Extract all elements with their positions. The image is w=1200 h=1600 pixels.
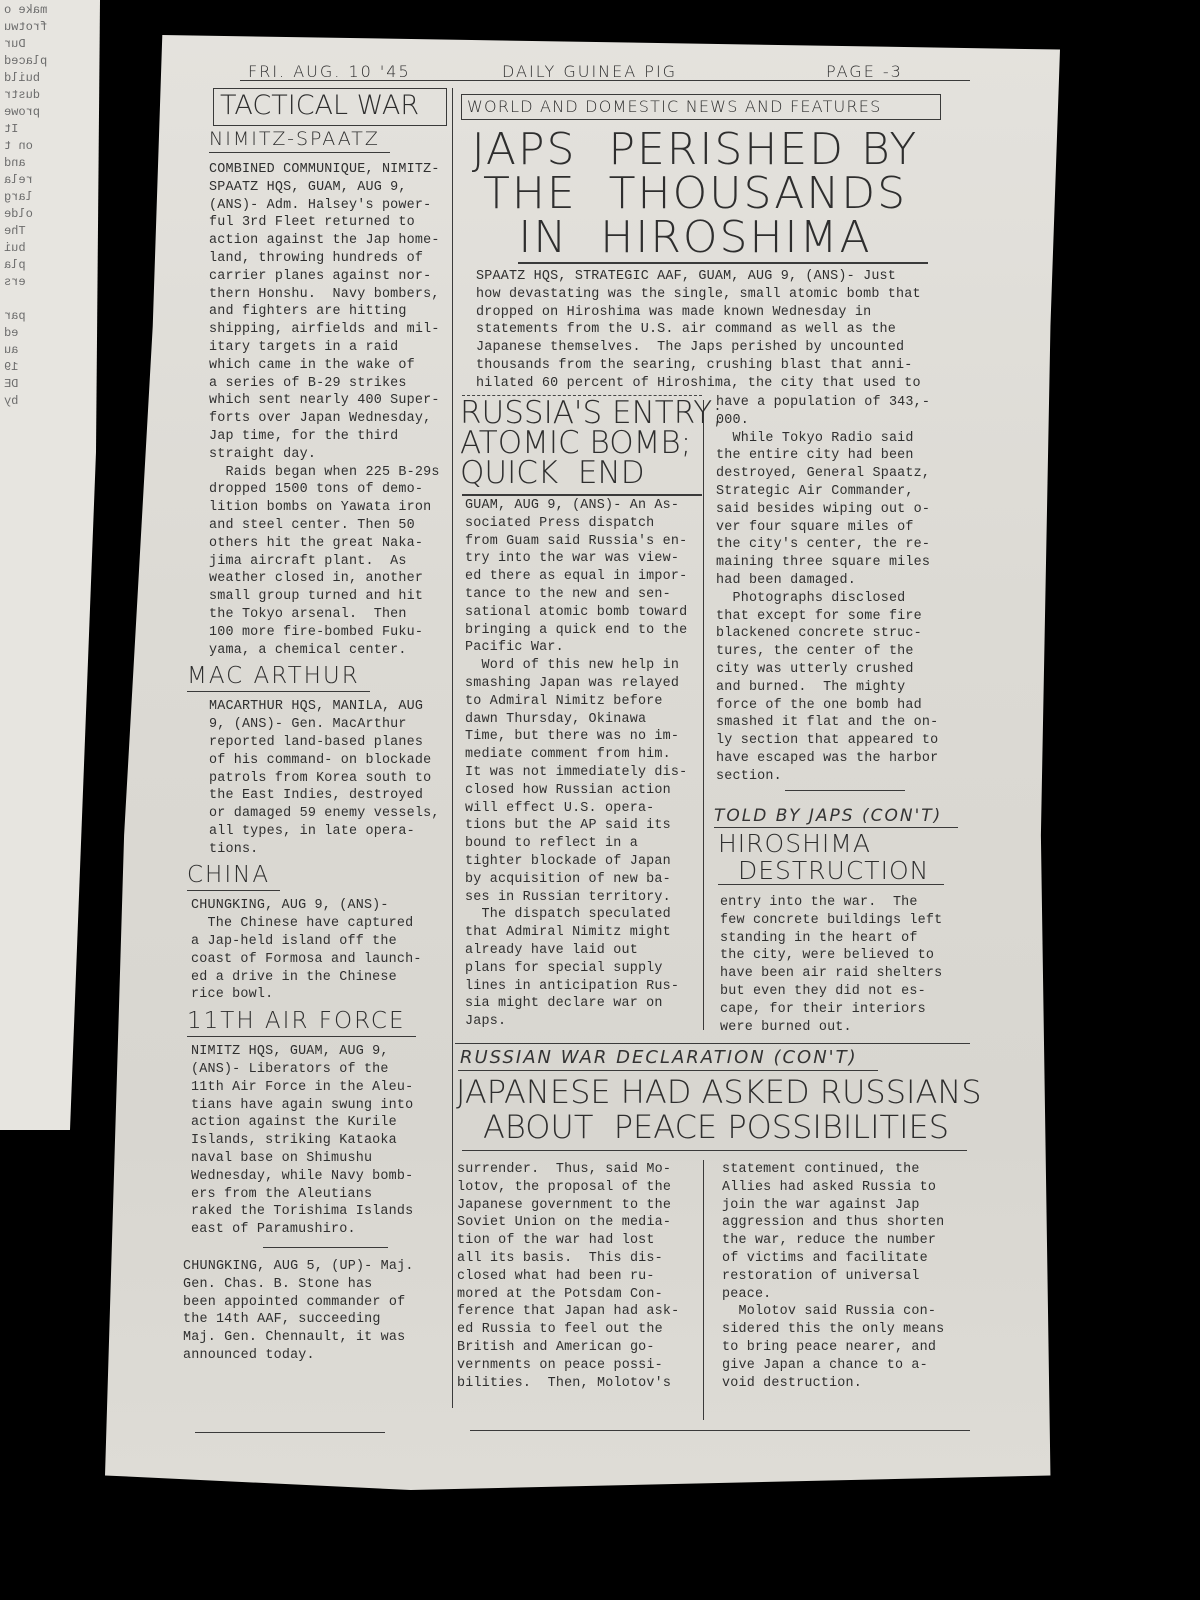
declaration-left-column: surrender. Thus, said Mo-lotov, the prop… (457, 1161, 679, 1392)
headline-line: JAPS PERISHED BY (460, 128, 930, 172)
text-line: ver four square miles of (716, 519, 938, 537)
text-line: 11th Air Force in the Aleu- (191, 1079, 448, 1097)
text-line: ed there as equal in impor- (465, 568, 687, 586)
text-line: cape, for their interiors (720, 1001, 942, 1019)
text-line: It was not immediately dis- (465, 764, 687, 782)
text-line: Allies had asked Russia to (722, 1179, 944, 1197)
masthead-date: FRI. AUG. 10 '45 (248, 62, 411, 81)
text-line: sidered this the only means (722, 1321, 944, 1339)
hiroshima-destruction-story: entry into the war. Thefew concrete buil… (720, 894, 942, 1036)
text-line: smashing Japan was relayed (465, 675, 687, 693)
text-line: entry into the war. The (720, 894, 942, 912)
story-heading: CHINA (187, 860, 280, 891)
text-line: ed a drive in the Chinese (191, 969, 448, 987)
text-line: announced today. (183, 1347, 448, 1365)
story: CHUNGKING, AUG 5, (UP)- Maj.Gen. Chas. B… (183, 1247, 448, 1365)
text-line: had been damaged. (716, 572, 938, 590)
text-line: 000. (716, 412, 938, 430)
masthead-paper-name: DAILY GUINEA PIG (502, 62, 677, 81)
text-line: and burned. The mighty (716, 679, 938, 697)
lead-story-continued: have a population of 343,-000. While Tok… (716, 394, 938, 786)
text-line: of his command- on blockade (209, 752, 448, 770)
text-line: COMBINED COMMUNIQUE, NIMITZ- (209, 161, 448, 179)
text-line: the city's center, the re- (716, 536, 938, 554)
text-line: raked the Torishima Islands (191, 1203, 448, 1221)
text-line: CHUNGKING, AUG 9, (ANS)- (191, 897, 448, 915)
text-line: tance to the new and sen- (465, 586, 687, 604)
text-line: force of the one bomb had (716, 697, 938, 715)
declaration-headline-rule (462, 1150, 967, 1151)
text-line: a series of B-29 strikes (209, 375, 448, 393)
section-title-tactical-war: TACTICAL WAR (220, 90, 419, 121)
text-line: rice bowl. (191, 986, 448, 1004)
bottom-rule (470, 1430, 970, 1431)
text-line: the 14th AAF, succeeding (183, 1311, 448, 1329)
text-line: bringing a quick end to the (465, 622, 687, 640)
text-line: statements from the U.S. air command as … (476, 321, 921, 339)
text-line: the entire city had been (716, 447, 938, 465)
text-line: Japanese government to the (457, 1197, 679, 1215)
text-line: tions. (209, 841, 448, 859)
text-line: give Japan a chance to a- (722, 1357, 944, 1375)
text-line: The dispatch speculated (465, 906, 687, 924)
text-line: closed how Russian action (465, 782, 687, 800)
text-line: ses in Russian territory. (465, 889, 687, 907)
text-line: dropped on Hiroshima was made known Wedn… (476, 304, 921, 322)
text-line: maining three square miles (716, 554, 938, 572)
text-line: ers from the Aleutians (191, 1186, 448, 1204)
text-line: a Jap-held island off the (191, 933, 448, 951)
text-line: Soviet Union on the media- (457, 1214, 679, 1232)
text-line: Raids began when 225 B-29s (209, 464, 448, 482)
text-line: city was utterly crushed (716, 661, 938, 679)
text-line: (ANS)- Liberators of the (191, 1061, 448, 1079)
text-line: all types, in late opera- (209, 823, 448, 841)
headline-line: DESTRUCTION (718, 857, 929, 884)
text-line: reported land-based planes (209, 734, 448, 752)
text-line: standing in the heart of (720, 930, 942, 948)
text-line: lotov, the proposal of the (457, 1179, 679, 1197)
text-line: restoration of universal (722, 1268, 944, 1286)
text-line: Strategic Air Commander, (716, 483, 938, 501)
text-line: tures, the center of the (716, 643, 938, 661)
mirrored-text: make o frotwu Dur placed build dustr pro… (0, 0, 100, 412)
text-line: tians have again swung into (191, 1097, 448, 1115)
text-line: and steel center. Then 50 (209, 517, 448, 535)
text-line: but even they did not es- (720, 983, 942, 1001)
text-line: have been air raid shelters (720, 965, 942, 983)
hiroshima-destruction-headline: HIROSHIMADESTRUCTION (718, 830, 929, 884)
text-line: MACARTHUR HQS, MANILA, AUG (209, 698, 448, 716)
text-line: Pacific War. (465, 639, 687, 657)
lead-headline: JAPS PERISHED BYTHE THOUSANDSIN HIROSHIM… (460, 128, 930, 260)
text-line: forts over Japan Wednesday, (209, 410, 448, 428)
text-line: and fighters are hitting (209, 303, 448, 321)
text-line: or damaged 59 enemy vessels, (209, 805, 448, 823)
masthead-page-number: PAGE -3 (826, 62, 903, 81)
russian-kicker-rule (458, 1070, 878, 1071)
text-line: of victims and facilitate (722, 1250, 944, 1268)
text-line: have escaped was the harbor (716, 750, 938, 768)
text-line: lition bombs on Yawata iron (209, 499, 448, 517)
text-line: ference that Japan had ask- (457, 1303, 679, 1321)
text-line: itary targets in a raid (209, 339, 448, 357)
text-line: action against the Jap home- (209, 232, 448, 250)
declaration-right-column: statement continued, theAllies had asked… (722, 1161, 944, 1392)
story-heading: MAC ARTHUR (187, 661, 370, 692)
text-line: small group turned and hit (209, 588, 448, 606)
text-line: plans for special supply (465, 960, 687, 978)
text-line: peace. (722, 1286, 944, 1304)
hiroshima-kicker: TOLD BY JAPS (CON'T) (714, 806, 942, 826)
text-line: from Guam said Russia's en- (465, 533, 687, 551)
text-line: been appointed commander of (183, 1294, 448, 1312)
left-bottom-rule (195, 1432, 385, 1433)
headline-line: ATOMIC BOMB; (460, 428, 723, 458)
text-line: few concrete buildings left (720, 912, 942, 930)
hiroshima-headline-rule (718, 884, 944, 885)
text-line: bilities. Then, Molotov's (457, 1375, 679, 1393)
text-line: SPAATZ HQS, GUAM, AUG 9, (209, 179, 448, 197)
text-line: Photographs disclosed (716, 590, 938, 608)
text-line: the war, reduce the number (722, 1232, 944, 1250)
story: 11TH AIR FORCENIMITZ HQS, GUAM, AUG 9,(A… (183, 1006, 448, 1239)
text-line: sational atomic bomb toward (465, 604, 687, 622)
text-line: action against the Kurile (191, 1114, 448, 1132)
text-line: were burned out. (720, 1019, 942, 1037)
text-line: thern Honshu. Navy bombers, (209, 286, 448, 304)
text-line: bound to reflect in a (465, 835, 687, 853)
text-line: the East Indies, destroyed (209, 787, 448, 805)
headline-line: JAPANESE HAD ASKED RUSSIANS (456, 1075, 976, 1110)
column-divider-2 (703, 400, 704, 1030)
text-line: shipping, airfields and mil- (209, 321, 448, 339)
text-line: join the war against Jap (722, 1197, 944, 1215)
text-line: Maj. Gen. Chennault, it was (183, 1329, 448, 1347)
text-line: 9, (ANS)- Gen. MacArthur (209, 716, 448, 734)
text-line: patrols from Korea south to (209, 770, 448, 788)
lead-story-intro: SPAATZ HQS, STRATEGIC AAF, GUAM, AUG 9, … (476, 268, 921, 393)
text-line: closed what had been ru- (457, 1268, 679, 1286)
text-line: the city, were believed to (720, 947, 942, 965)
russia-headline-rule (462, 494, 702, 496)
text-line: void destruction. (722, 1375, 944, 1393)
text-line: said besides wiping out o- (716, 501, 938, 519)
text-line: naval base on Shimushu (191, 1150, 448, 1168)
text-line: SPAATZ HQS, STRATEGIC AAF, GUAM, AUG 9, … (476, 268, 921, 286)
text-line: Islands, striking Kataoka (191, 1132, 448, 1150)
text-line: to bring peace nearer, and (722, 1339, 944, 1357)
text-line: which sent nearly 400 Super- (209, 392, 448, 410)
text-line: the Tokyo arsenal. Then (209, 606, 448, 624)
text-line: NIMITZ HQS, GUAM, AUG 9, (191, 1043, 448, 1061)
text-line: coast of Formosa and launch- (191, 951, 448, 969)
text-line: hilated 60 percent of Hiroshima, the cit… (476, 375, 921, 393)
text-line: carrier planes against nor- (209, 268, 448, 286)
text-line: by acquisition of new ba- (465, 871, 687, 889)
text-line: others hit the great Naka- (209, 535, 448, 553)
story-divider (263, 1247, 388, 1248)
headline-line: RUSSIA'S ENTRY; (460, 398, 723, 428)
text-line: Wednesday, while Navy bomb- (191, 1168, 448, 1186)
text-line: smashed it flat and the on- (716, 714, 938, 732)
text-line: lines in anticipation Rus- (465, 978, 687, 996)
headline-line: HIROSHIMA (718, 830, 929, 857)
text-line: which came in the wake of (209, 357, 448, 375)
column-divider-3 (703, 1160, 704, 1420)
text-line: mored at the Potsdam Con- (457, 1286, 679, 1304)
text-line: Molotov said Russia con- (722, 1303, 944, 1321)
text-line: tion of the war had lost (457, 1232, 679, 1250)
headline-line: IN HIROSHIMA (460, 216, 930, 260)
text-line: section. (716, 768, 938, 786)
text-line: that except for some fire (716, 608, 938, 626)
text-line: GUAM, AUG 9, (ANS)- An As- (465, 497, 687, 515)
headline-line: ABOUT PEACE POSSIBILITIES (456, 1110, 976, 1145)
text-line: that Admiral Nimitz might (465, 924, 687, 942)
russia-entry-headline: RUSSIA'S ENTRY;ATOMIC BOMB;QUICK END (460, 398, 723, 488)
text-line: dawn Thursday, Okinawa (465, 711, 687, 729)
background-page-edge: make o frotwu Dur placed build dustr pro… (0, 0, 100, 1130)
column-divider-1 (452, 88, 453, 1408)
section-title-world-news: WORLD AND DOMESTIC NEWS AND FEATURES (467, 97, 881, 116)
story: CHINACHUNGKING, AUG 9, (ANS)- The Chines… (183, 860, 448, 1004)
text-line: Gen. Chas. B. Stone has (183, 1276, 448, 1294)
story-heading: NIMITZ-SPAATZ (209, 126, 390, 153)
headline-line: THE THOUSANDS (460, 172, 930, 216)
text-line: land, throwing hundreds of (209, 250, 448, 268)
text-line: Japs. (465, 1013, 687, 1031)
text-line: surrender. Thus, said Mo- (457, 1161, 679, 1179)
text-line: sociated Press dispatch (465, 515, 687, 533)
text-line: yama, a chemical center. (209, 642, 448, 660)
lead-headline-rule (518, 262, 928, 264)
text-line: dropped 1500 tons of demo- (209, 481, 448, 499)
story: MAC ARTHURMACARTHUR HQS, MANILA, AUG9, (… (183, 661, 448, 858)
text-line: have a population of 343,- (716, 394, 938, 412)
text-line: already have laid out (465, 942, 687, 960)
text-line: vernments on peace possi- (457, 1357, 679, 1375)
text-line: ful 3rd Fleet returned to (209, 214, 448, 232)
text-line: ly section that appeared to (716, 732, 938, 750)
text-line: statement continued, the (722, 1161, 944, 1179)
text-line: straight day. (209, 446, 448, 464)
text-line: jima aircraft plant. As (209, 553, 448, 571)
story: NIMITZ-SPAATZCOMBINED COMMUNIQUE, NIMITZ… (183, 126, 448, 659)
short-divider (785, 790, 905, 791)
text-line: thousands from the searing, crushing bla… (476, 357, 921, 375)
text-line: aggression and thus shorten (722, 1214, 944, 1232)
text-line: ed Russia to feel out the (457, 1321, 679, 1339)
story-heading: 11TH AIR FORCE (187, 1006, 416, 1037)
text-line: tions but the AP said its (465, 817, 687, 835)
text-line: The Chinese have captured (191, 915, 448, 933)
hiroshima-kicker-rule (714, 827, 958, 828)
left-column: NIMITZ-SPAATZCOMBINED COMMUNIQUE, NIMITZ… (183, 126, 448, 1367)
japanese-asked-russians-headline: JAPANESE HAD ASKED RUSSIANSABOUT PEACE P… (456, 1075, 976, 1145)
text-line: try into the war was view- (465, 550, 687, 568)
text-line: Word of this new help in (465, 657, 687, 675)
bottom-section-top-rule (455, 1043, 970, 1044)
text-line: sia might declare war on (465, 995, 687, 1013)
text-line: Time, but there was no im- (465, 728, 687, 746)
text-line: destroyed, General Spaatz, (716, 465, 938, 483)
text-line: Jap time, for the third (209, 428, 448, 446)
text-line: Japanese themselves. The Japs perished b… (476, 339, 921, 357)
text-line: tighter blockade of Japan (465, 853, 687, 871)
text-line: blackened concrete struc- (716, 625, 938, 643)
text-line: CHUNGKING, AUG 5, (UP)- Maj. (183, 1258, 448, 1276)
masthead-rule (240, 80, 970, 81)
text-line: weather closed in, another (209, 570, 448, 588)
text-line: to Admiral Nimitz before (465, 693, 687, 711)
russian-declaration-kicker: RUSSIAN WAR DECLARATION (CON'T) (460, 1047, 858, 1068)
text-line: (ANS)- Adm. Halsey's power- (209, 197, 448, 215)
text-line: mediate comment from him. (465, 746, 687, 764)
text-line: will effect U.S. opera- (465, 800, 687, 818)
text-line: British and American go- (457, 1339, 679, 1357)
russia-entry-story: GUAM, AUG 9, (ANS)- An As-sociated Press… (465, 497, 687, 1031)
text-line: While Tokyo Radio said (716, 430, 938, 448)
text-line: east of Paramushiro. (191, 1221, 448, 1239)
text-line: 100 more fire-bombed Fuku- (209, 624, 448, 642)
text-line: how devastating was the single, small at… (476, 286, 921, 304)
text-line: all its basis. This dis- (457, 1250, 679, 1268)
headline-line: QUICK END (460, 458, 723, 488)
